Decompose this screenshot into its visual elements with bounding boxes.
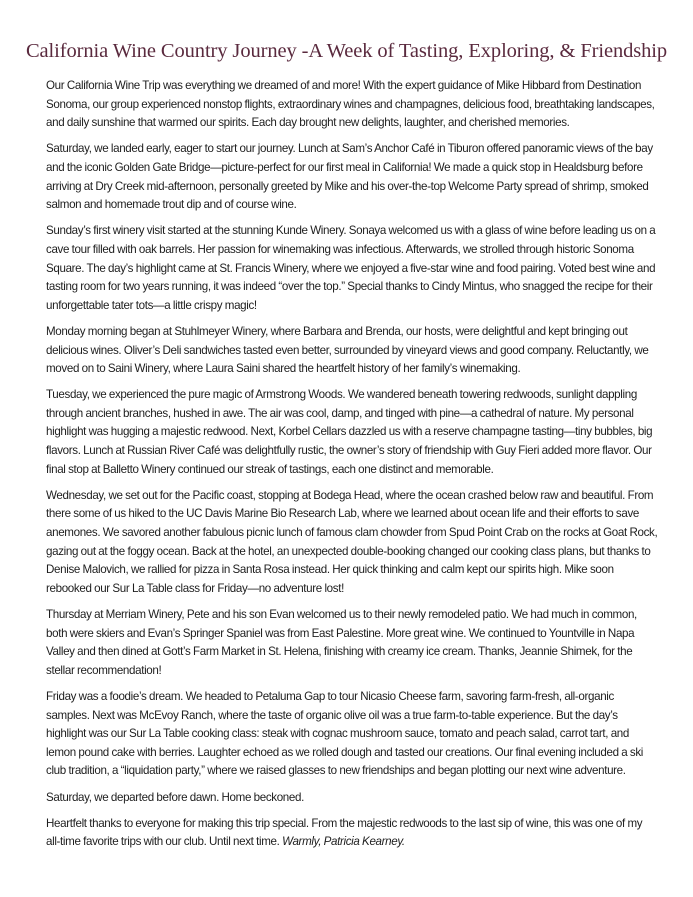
paragraph-sunday: Sunday’s first winery visit started at t… (46, 222, 658, 315)
paragraph-saturday-departure: Saturday, we departed before dawn. Home … (46, 789, 658, 808)
document-body: Our California Wine Trip was everything … (46, 77, 658, 860)
paragraph-thursday: Thursday at Merriam Winery, Pete and his… (46, 606, 658, 680)
paragraph-wednesday: Wednesday, we set out for the Pacific co… (46, 487, 658, 599)
paragraph-closing: Heartfelt thanks to everyone for making … (46, 815, 658, 852)
paragraph-tuesday: Tuesday, we experienced the pure magic o… (46, 386, 658, 479)
paragraph-friday: Friday was a foodie’s dream. We headed t… (46, 688, 658, 781)
paragraph-intro: Our California Wine Trip was everything … (46, 77, 658, 133)
document-page: California Wine Country Journey -A Week … (0, 0, 693, 897)
signature: Warmly, Patricia Kearney. (282, 835, 405, 848)
paragraph-monday: Monday morning began at Stuhlmeyer Winer… (46, 323, 658, 379)
document-title: California Wine Country Journey -A Week … (0, 40, 693, 63)
paragraph-saturday-arrival: Saturday, we landed early, eager to star… (46, 140, 658, 214)
